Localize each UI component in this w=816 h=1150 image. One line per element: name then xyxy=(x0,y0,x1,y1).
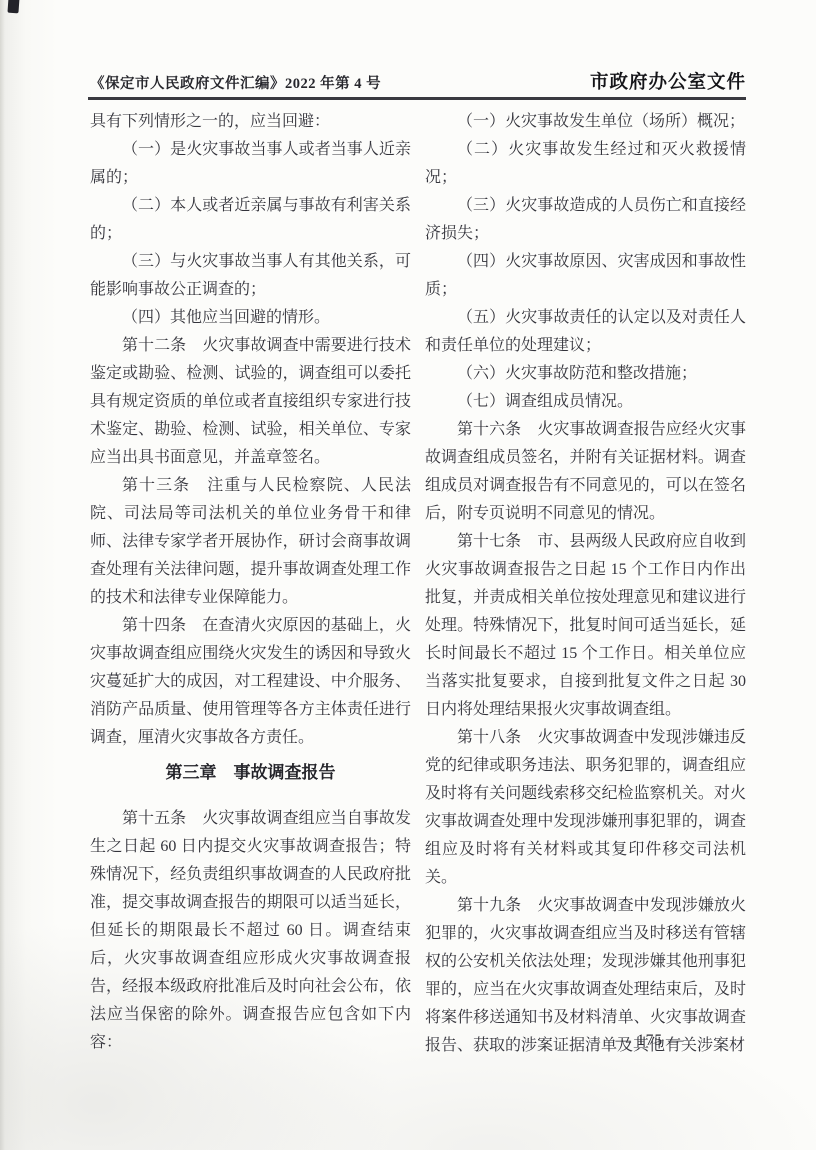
header-rule xyxy=(88,97,746,100)
list-item: （一）火灾事故发生单位（场所）概况； xyxy=(425,108,746,136)
paragraph: 第十三条 注重与人民检察院、人民法院、司法局等司法机关的单位业务骨干和律师、法律… xyxy=(90,472,411,612)
paragraph: 具有下列情形之一的，应当回避： xyxy=(90,108,411,136)
page-number: — 175 — xyxy=(600,1032,700,1050)
paragraph: 第十四条 在查清火灾原因的基础上，火灾事故调查组应围绕火灾发生的诱因和导致火灾蔓… xyxy=(90,612,411,752)
scanned-document-page: 《保定市人民政府文件汇编》2022 年第 4 号 市政府办公室文件 具有下列情形… xyxy=(0,0,816,1150)
list-item: （六）火灾事故防范和整改措施； xyxy=(425,360,746,388)
header-volume-title: 《保定市人民政府文件汇编》2022 年第 4 号 xyxy=(90,72,381,93)
list-item: （七）调查组成员情况。 xyxy=(425,388,746,416)
paragraph: 第十五条 火灾事故调查组应当自事故发生之日起 60 日内提交火灾事故调查报告；特… xyxy=(90,805,411,1057)
scan-corner-artifact xyxy=(7,0,19,13)
chapter-heading: 第三章 事故调查报告 xyxy=(90,759,411,787)
list-item: （二）本人或者近亲属与事故有利害关系的； xyxy=(90,192,411,248)
left-column: 具有下列情形之一的，应当回避：（一）是火灾事故当事人或者当事人近亲属的；（二）本… xyxy=(90,108,411,1060)
page-header: 《保定市人民政府文件汇编》2022 年第 4 号 市政府办公室文件 xyxy=(90,68,746,94)
paragraph: 第十六条 火灾事故调查报告应经火灾事故调查组成员签名，并附有关证据材料。调查组成… xyxy=(425,416,746,528)
right-column: （一）火灾事故发生单位（场所）概况；（二）火灾事故发生经过和灭火救援情况；（三）… xyxy=(425,108,746,1060)
document-body: 具有下列情形之一的，应当回避：（一）是火灾事故当事人或者当事人近亲属的；（二）本… xyxy=(90,108,746,1060)
list-item: （五）火灾事故责任的认定以及对责任人和责任单位的处理建议； xyxy=(425,304,746,360)
list-item: （四）火灾事故原因、灾害成因和事故性质； xyxy=(425,248,746,304)
list-item: （一）是火灾事故当事人或者当事人近亲属的； xyxy=(90,136,411,192)
header-document-category: 市政府办公室文件 xyxy=(590,68,746,94)
paragraph: 第十七条 市、县两级人民政府应自收到火灾事故调查报告之日起 15 个工作日内作出… xyxy=(425,528,746,724)
list-item: （三）与火灾事故当事人有其他关系，可能影响事故公正调查的； xyxy=(90,248,411,304)
list-item: （四）其他应当回避的情形。 xyxy=(90,304,411,332)
paragraph: 第十二条 火灾事故调查中需要进行技术鉴定或勘验、检测、试验的，调查组可以委托具有… xyxy=(90,332,411,472)
list-item: （三）火灾事故造成的人员伤亡和直接经济损失； xyxy=(425,192,746,248)
list-item: （二）火灾事故发生经过和灭火救援情况； xyxy=(425,136,746,192)
paragraph: 第十八条 火灾事故调查中发现涉嫌违反党的纪律或职务违法、职务犯罪的，调查组应及时… xyxy=(425,724,746,892)
